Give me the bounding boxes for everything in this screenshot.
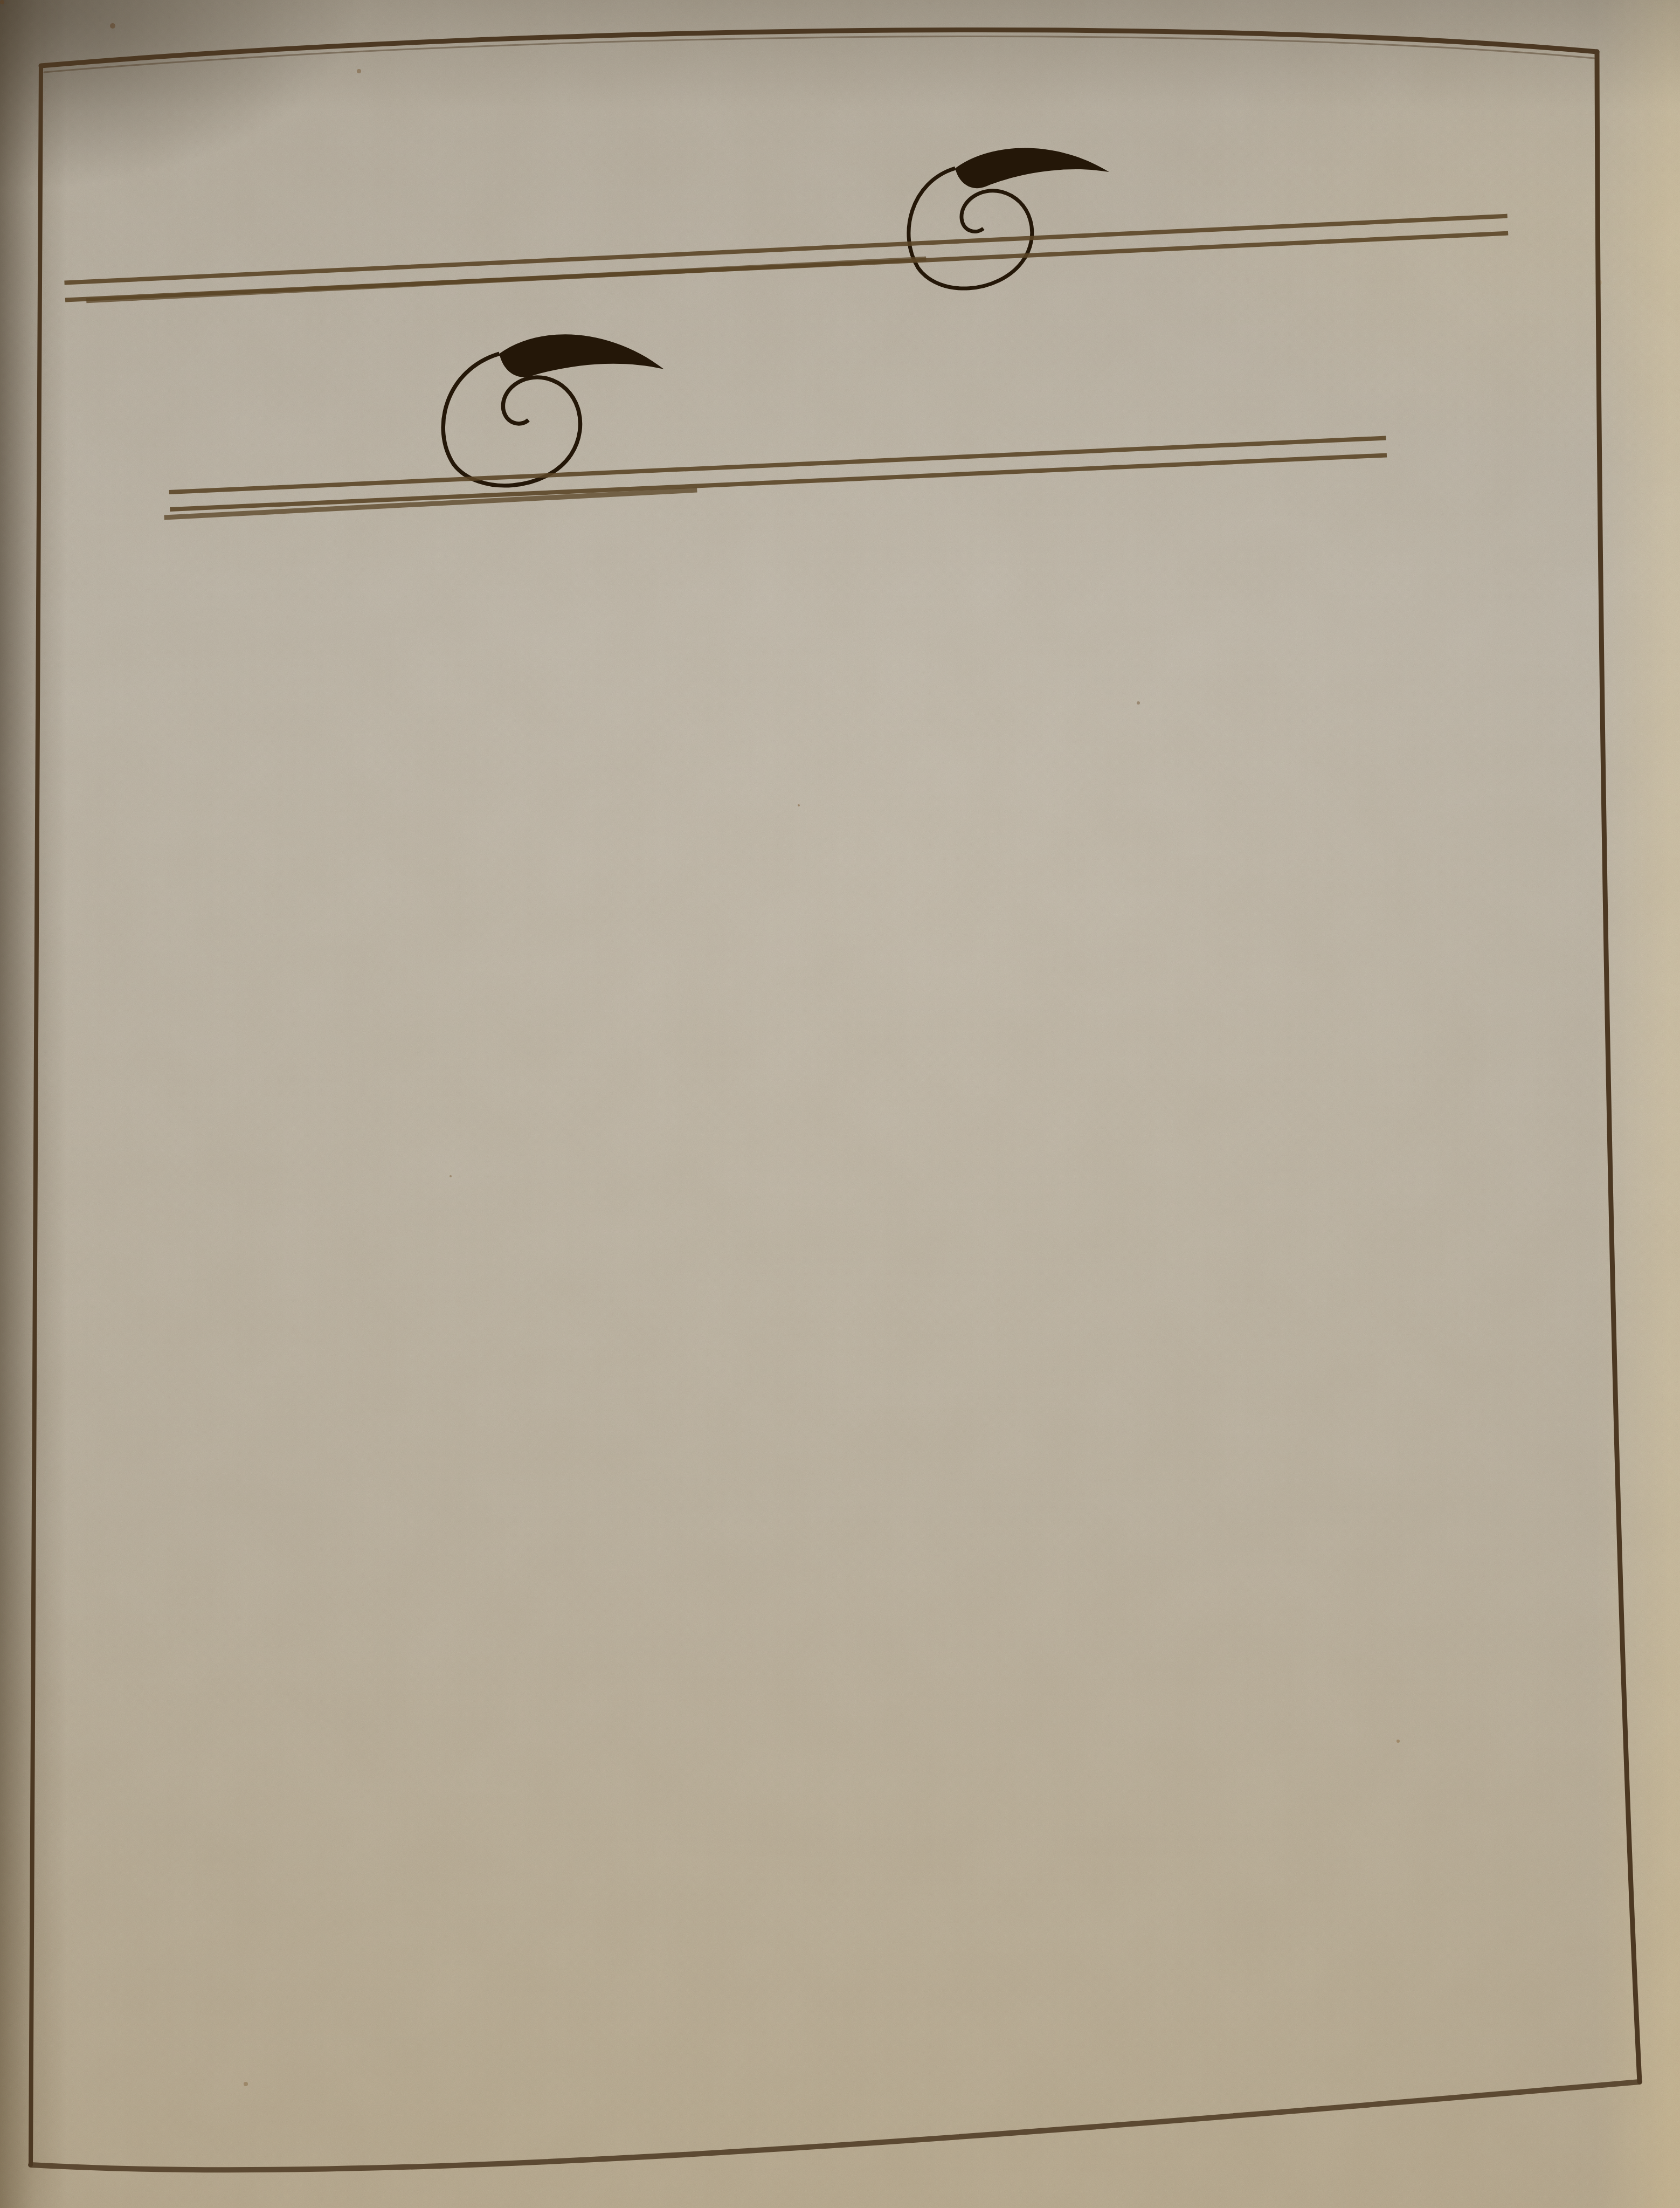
manuscript-page	[0, 0, 1680, 2208]
heading-der-wiederkaeuer	[53, 275, 1608, 511]
heading-catarrhal-fieber	[51, 64, 1606, 293]
heading1-row	[51, 64, 1605, 163]
manuscript-text	[51, 62, 1608, 511]
